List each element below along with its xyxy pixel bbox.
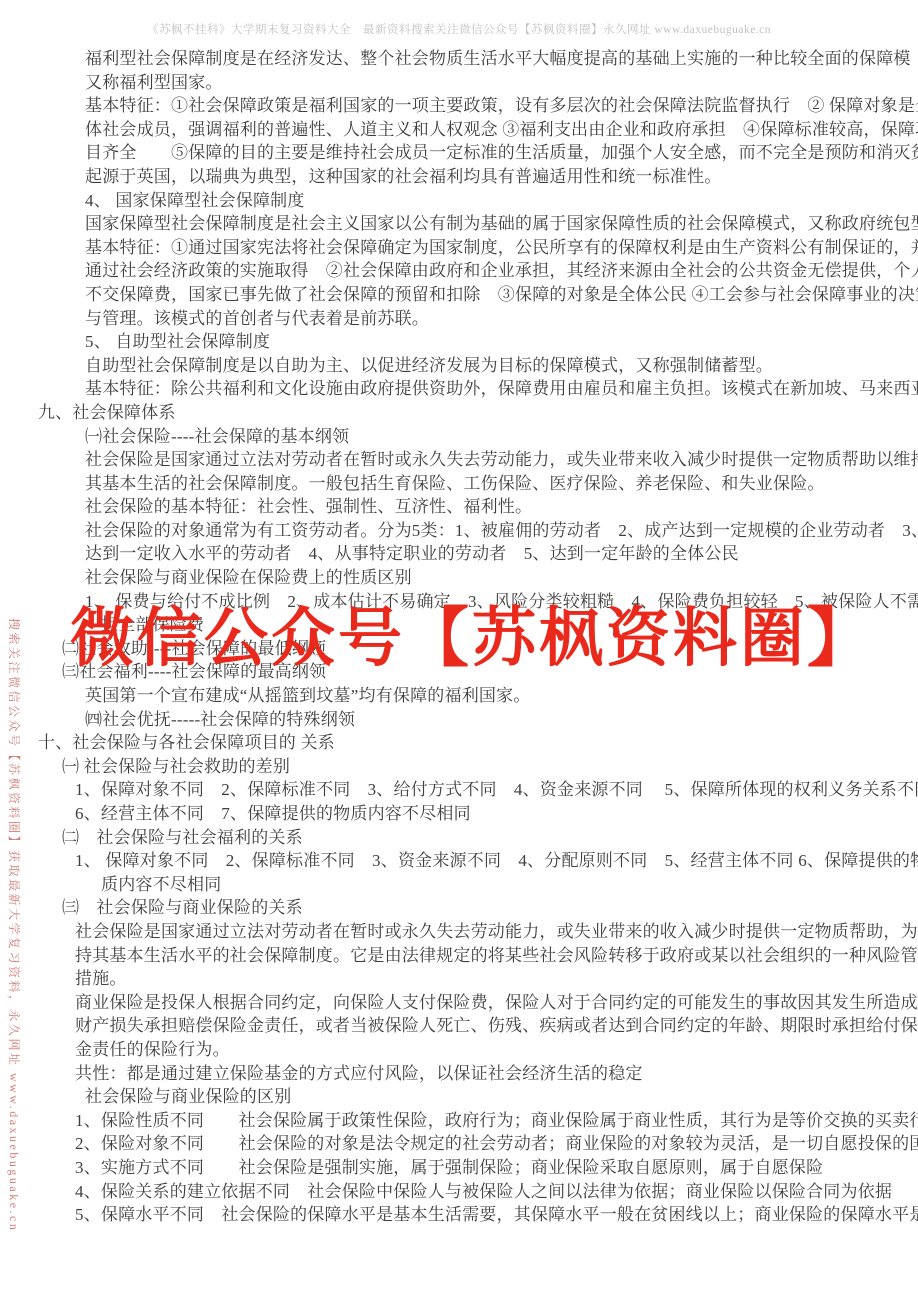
doc-line: ㈠ 社会保险与社会救助的差别 xyxy=(0,755,918,779)
doc-line: 英国第一个宣布建成“从摇篮到坟墓”均有保障的福利国家。 xyxy=(0,684,918,708)
doc-line: 其基本生活的社会保障制度。一般包括生育保险、工伤保险、医疗保险、养老保险、和失业… xyxy=(0,472,918,496)
doc-line: 与管理。该模式的首创者与代表着是前苏联。 xyxy=(0,307,918,331)
doc-line: 担全部保险费 xyxy=(0,613,918,637)
doc-line: 商业保险是投保人根据合同约定，向保险人支付保险费，保险人对于合同约定的可能发生的… xyxy=(0,991,918,1015)
doc-line: ㈠社会保险----社会保障的基本纲领 xyxy=(0,425,918,449)
doc-line: ㈡ 社会保险与社会福利的关系 xyxy=(0,826,918,850)
doc-line: 社会保险与商业保险的区别 xyxy=(0,1085,918,1109)
doc-line: 1、 保费与给付不成比例 2、成本估计不易确定 3、风险分类较粗糙 4、保险费负… xyxy=(0,590,918,614)
doc-line: 福利型社会保障制度是在经济发达、整个社会物质生活水平大幅度提高的基础上实施的一种… xyxy=(0,47,918,71)
doc-line: 2、保险对象不同 社会保险的对象是法令规定的社会劳动者；商业保险的对象较为灵活，… xyxy=(0,1132,918,1156)
doc-line: 金责任的保险行为。 xyxy=(0,1038,918,1062)
doc-line: 社会保险是国家通过立法对劳动者在暂时或永久失去劳动能力，或失业带来的收入减少时提… xyxy=(0,920,918,944)
doc-line: 又称福利型国家。 xyxy=(0,71,918,95)
doc-line: 基本特征：除公共福利和文化设施由政府提供资助外，保障费用由雇员和雇主负担。该模式… xyxy=(0,377,918,401)
doc-line: 体社会成员，强调福利的普遍性、人道主义和人权观念 ③福利支出由企业和政府承担 ④… xyxy=(0,118,918,142)
doc-line: 5、保障水平不同 社会保险的保障水平是基本生活需要，其保障水平一般在贫困线以上；… xyxy=(0,1203,918,1227)
doc-line: 1、 保障对象不同 2、保障标准不同 3、资金来源不同 4、分配原则不同 5、经… xyxy=(0,849,918,873)
doc-line: ㈡社会救助----社会保障的最低纲领 xyxy=(0,637,918,661)
doc-line: 基本特征：①通过国家宪法将社会保障确定为国家制度，公民所享有的保障权利是由生产资… xyxy=(0,236,918,260)
doc-line: 十、社会保险与各社会保障项目的 关系 xyxy=(0,731,918,755)
doc-line: 1、保障对象不同 2、保障标准不同 3、给付方式不同 4、资金来源不同 5、保障… xyxy=(0,778,918,802)
doc-line: 5、 自助型社会保障制度 xyxy=(0,330,918,354)
doc-line: 4、保险关系的建立依据不同 社会保险中保险人与被保险人之间以法律为依据；商业保险… xyxy=(0,1180,918,1204)
doc-line: 质内容不尽相同 xyxy=(0,873,918,897)
doc-line: 不交保障费，国家已事先做了社会保障的预留和扣除 ③保障的对象是全体公民 ④工会参… xyxy=(0,283,918,307)
doc-line: 起源于英国，以瑞典为典型，这种国家的社会福利均具有普遍适用性和统一标准性。 xyxy=(0,165,918,189)
doc-line: 自助型社会保障制度是以自助为主、以促进经济发展为目标的保障模式，又称强制储蓄型。 xyxy=(0,354,918,378)
doc-line: ㈢社会福利----社会保障的最高纲领 xyxy=(0,660,918,684)
doc-line: 基本特征：①社会保障政策是福利国家的一项主要政策，设有多层次的社会保障法院监督执… xyxy=(0,94,918,118)
doc-line: 4、 国家保障型社会保障制度 xyxy=(0,189,918,213)
doc-line: 6、经营主体不同 7、保障提供的物质内容不尽相同 xyxy=(0,802,918,826)
doc-line: 国家保障型社会保障制度是社会主义国家以公有制为基础的属于国家保障性质的社会保障模… xyxy=(0,212,918,236)
doc-line: 1、保险性质不同 社会保险属于政策性保险，政府行为；商业保险属于商业性质，其行为… xyxy=(0,1109,918,1133)
doc-line: 目齐全 ⑤保障的目的主要是维持社会成员一定标准的生活质量，加强个人安全感，而不完… xyxy=(0,141,918,165)
page-header-watermark-text: 《苏枫不挂科》大学期末复习资料大全 最新资料搜索关注微信公众号【苏枫资料圈】永久… xyxy=(0,21,918,37)
doc-line: 九、社会保障体系 xyxy=(0,401,918,425)
doc-line: 措施。 xyxy=(0,967,918,991)
doc-line: 共性：都是通过建立保险基金的方式应付风险，以保证社会经济生活的稳定 xyxy=(0,1062,918,1086)
doc-line: 社会保险是国家通过立法对劳动者在暂时或永久失去劳动能力，或失业带来收入减少时提供… xyxy=(0,448,918,472)
doc-line: ㈢ 社会保险与商业保险的关系 xyxy=(0,896,918,920)
doc-line: 3、实施方式不同 社会保险是强制实施，属于强制保险；商业保险采取自愿原则，属于自… xyxy=(0,1156,918,1180)
document-page: 《苏枫不挂科》大学期末复习资料大全 最新资料搜索关注微信公众号【苏枫资料圈】永久… xyxy=(0,0,918,1298)
doc-line: 财产损失承担赔偿保险金责任，或者当被保险人死亡、伤残、疾病或者达到合同约定的年龄… xyxy=(0,1014,918,1038)
document-body: 福利型社会保障制度是在经济发达、整个社会物质生活水平大幅度提高的基础上实施的一种… xyxy=(0,47,918,1227)
doc-line: 社会保险与商业保险在保险费上的性质区别 xyxy=(0,566,918,590)
doc-line: 通过社会经济政策的实施取得 ②社会保障由政府和企业承担，其经济来源由全社会的公共… xyxy=(0,259,918,283)
doc-line: 持其基本生活水平的社会保障制度。它是由法律规定的将某些社会风险转移于政府或某以社… xyxy=(0,944,918,968)
doc-line: 社会保险的对象通常为有工资劳动者。分为5类：1、被雇佣的劳动者 2、成产达到一定… xyxy=(0,519,918,543)
doc-line: 达到一定收入水平的劳动者 4、从事特定职业的劳动者 5、达到一定年龄的全体公民 xyxy=(0,542,918,566)
doc-line: ㈣社会优抚-----社会保障的特殊纲领 xyxy=(0,708,918,732)
doc-line: 社会保险的基本特征：社会性、强制性、互济性、福利性。 xyxy=(0,495,918,519)
